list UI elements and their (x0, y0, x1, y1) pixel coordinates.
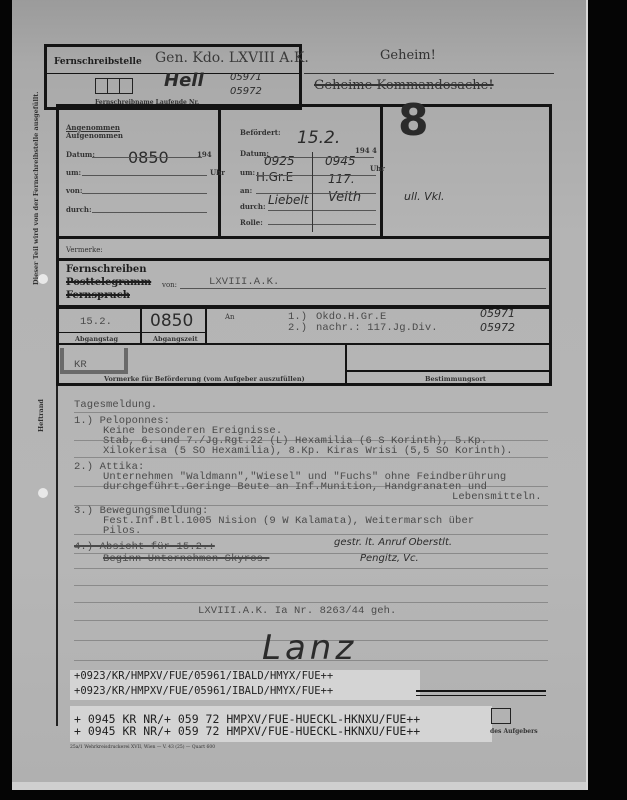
signature: Lanz (262, 628, 357, 668)
body-line: durchgeführt.Geringe Beute an Inf.Muniti… (103, 481, 487, 493)
forwarded-an-label: an: (240, 186, 252, 195)
margin-note-heftrand: Heftrand (37, 399, 45, 432)
received-uhr-label: Uhr (210, 168, 225, 177)
abgangszeit-value: 0850 (150, 311, 193, 331)
struck-line-1: 4.) Absicht für 15.2.: (74, 541, 215, 553)
body-line: Xilokerisa (5 SO Hexamilia), 8.Kp. Kiras… (103, 445, 513, 457)
vormerke-label: Vormerke für Beförderung (vom Aufgeber a… (104, 375, 305, 383)
aufgeber-label: des Aufgebers (490, 728, 538, 735)
priority-value: KR (74, 359, 87, 371)
received-um-label: um: (66, 168, 81, 177)
forwarded-rolle-label: Rolle: (240, 218, 263, 227)
initials: ull. Vkl. (404, 190, 445, 203)
forwarded-datum-value: 15.2. (297, 128, 340, 148)
handwritten-note-1: gestr. lt. Anruf Oberstlt. (334, 537, 452, 548)
recipient-2-num: 2.) (288, 322, 307, 334)
abgangstag-label: Abgangstag (75, 335, 118, 343)
struck-line-2: Beginn Unternehmen Skyros. (103, 553, 269, 565)
aufgeber-box (491, 708, 511, 724)
forwarded-um-label: um: (240, 168, 255, 177)
sender-von-label: von: (162, 281, 177, 289)
received-datum-label: Datum: (66, 150, 95, 159)
abgangstag-value: 15.2. (80, 316, 112, 328)
forwarded-title: Befördert: (240, 128, 281, 137)
name-boxes (95, 78, 133, 94)
punch-hole (38, 488, 48, 498)
recipient-2-name: nachr.: 117.Jg.Div. (316, 322, 438, 334)
body-line: Lebensmitteln. (452, 491, 542, 503)
forwarded-an-1: H.Gr.E (256, 170, 293, 184)
abgangszeit-label: Abgangszeit (153, 335, 198, 343)
sender-von-value: LXVIII.A.K. (209, 276, 279, 288)
punch-hole (38, 274, 48, 284)
an-label: An (225, 313, 235, 321)
initials-mark: 8 (398, 95, 429, 146)
recipient-1-serial: 05971 (480, 307, 515, 320)
body-title: Tagesmeldung. (74, 399, 157, 411)
sender-type-fernspruch: Fernspruch (66, 290, 130, 301)
document-page: Dieser Teil wird von der Fernschreibstel… (12, 0, 588, 790)
classification: Geheim! (380, 48, 436, 63)
received-title-2: Aufgenommen (66, 131, 123, 140)
received-von-label: von: (66, 186, 82, 195)
tape-strip: + 0945 KR NR/+ 059 72 HMPXV/FUE-HUECKL-H… (70, 706, 492, 724)
handwritten-note-2: Pengitz, Vc. (360, 553, 419, 564)
sender-type-fernschreiben: Fernschreiben (66, 264, 147, 275)
reference-number: LXVIII.A.K. Ia Nr. 8263/44 geh. (198, 605, 396, 617)
station-label: Fernschreibstelle (54, 57, 142, 67)
forwarded-durch-1: Liebelt (268, 193, 308, 207)
printer-note: 25a/1 Wehrkreisdruckerei XVII, Wien — V.… (70, 745, 215, 750)
tape-strip: + 0945 KR NR/+ 059 72 HMPXV/FUE-HUECKL-H… (70, 724, 492, 742)
priority-stamp (60, 348, 128, 374)
body-line: Pilos. (103, 525, 141, 537)
vermerke-label: Vermerke: (66, 246, 103, 254)
forwarded-durch-label: durch: (240, 202, 266, 211)
recipient-2-serial: 05972 (480, 321, 515, 334)
station-handwritten: Hell (164, 70, 204, 91)
serial-2: 05972 (230, 86, 262, 97)
forwarded-uhr-label: Uhr (370, 164, 385, 173)
body-line: Fest.Inf.Btl.1005 Nision (9 W Kalamata),… (103, 515, 474, 527)
station-value: Gen. Kdo. LXVIII A.K. (155, 50, 309, 66)
tape-strip: +0923/KR/HMPXV/FUE/05961/IBALD/HMYX/FUE+… (70, 670, 420, 685)
forwarded-year: 194 4 (355, 146, 377, 155)
classification-struck: Geheime Kommandosache! (314, 78, 494, 93)
sender-type-posttelegramm: Posttelegramm (66, 277, 151, 288)
received-durch-label: durch: (66, 205, 92, 214)
bestimmungsort-label: Bestimmungsort (425, 375, 486, 383)
serial-1: 05971 (230, 72, 262, 83)
margin-note-top: Dieser Teil wird von der Fernschreibstel… (32, 91, 40, 285)
tape-strip: +0923/KR/HMPXV/FUE/05961/IBALD/HMYX/FUE+… (70, 685, 420, 700)
